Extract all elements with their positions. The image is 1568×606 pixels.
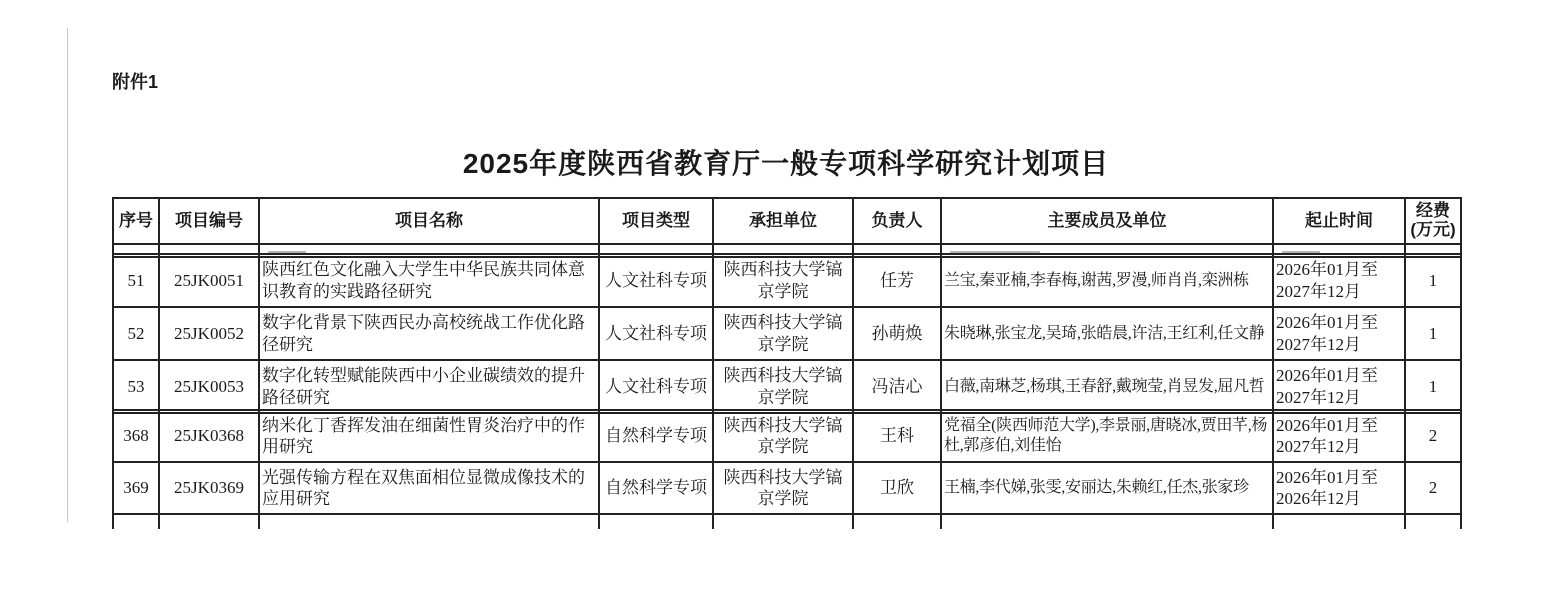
header-seq: 序号	[113, 198, 159, 244]
table-segment-header: 序号 项目编号 项目名称 项目类型 承担单位 负责人 主要成员及单位 起止时间 …	[112, 197, 1462, 258]
table-row: 53 25JK0053 数字化转型赋能陕西中小企业碳绩效的提升路径研究 人文社科…	[113, 360, 1461, 413]
header-code: 项目编号	[159, 198, 259, 244]
projects-table-rows-51-53: 51 25JK0051 陕西红色文化融入大学生中华民族共同体意识教育的实践路径研…	[112, 253, 1462, 414]
cell-seq: 369	[113, 462, 159, 514]
cell-leader: 任芳	[853, 254, 941, 307]
document-title: 2025年度陕西省教育厅一般专项科学研究计划项目	[112, 142, 1460, 182]
cell-fund: 2	[1405, 410, 1461, 462]
cell-unit: 陕西科技大学镐京学院	[713, 410, 853, 462]
page-edge-rule	[67, 28, 68, 522]
table-header-row: 序号 项目编号 项目名称 项目类型 承担单位 负责人 主要成员及单位 起止时间 …	[113, 198, 1461, 244]
cell-type: 自然科学专项	[599, 410, 713, 462]
cell-name: 纳米化丁香挥发油在细菌性胃炎治疗中的作用研究	[259, 410, 599, 462]
cell-code: 25JK0052	[159, 307, 259, 360]
cell-code: 25JK0053	[159, 360, 259, 413]
cell-members: 兰宝,秦亚楠,李春梅,谢茜,罗漫,师肖肖,栾洲栋	[941, 254, 1273, 307]
table-row: 368 25JK0368 纳米化丁香挥发油在细菌性胃炎治疗中的作用研究 自然科学…	[113, 410, 1461, 462]
cell-leader: 孙萌焕	[853, 307, 941, 360]
cell-fund: 1	[1405, 254, 1461, 307]
cell-name: 陕西红色文化融入大学生中华民族共同体意识教育的实践路径研究	[259, 254, 599, 307]
cell-name: 数字化背景下陕西民办高校统战工作优化路径研究	[259, 307, 599, 360]
cell-unit: 陕西科技大学镐京学院	[713, 254, 853, 307]
table-row: 52 25JK0052 数字化背景下陕西民办高校统战工作优化路径研究 人文社科专…	[113, 307, 1461, 360]
cell-seq: 53	[113, 360, 159, 413]
cell-members: 朱晓琳,张宝龙,吴琦,张皓晨,许洁,王红利,任文静	[941, 307, 1273, 360]
cell-leader: 卫欣	[853, 462, 941, 514]
cell-fund: 1	[1405, 360, 1461, 413]
header-fund: 经费 (万元)	[1405, 198, 1461, 244]
projects-table-rows-368-369: 368 25JK0368 纳米化丁香挥发油在细菌性胃炎治疗中的作用研究 自然科学…	[112, 409, 1462, 529]
cell-type: 自然科学专项	[599, 462, 713, 514]
projects-table-header: 序号 项目编号 项目名称 项目类型 承担单位 负责人 主要成员及单位 起止时间 …	[112, 197, 1462, 258]
header-leader: 负责人	[853, 198, 941, 244]
cell-seq: 52	[113, 307, 159, 360]
cell-period: 2026年01月至 2026年12月	[1273, 462, 1405, 514]
cell-period: 2026年01月至 2027年12月	[1273, 360, 1405, 413]
header-type: 项目类型	[599, 198, 713, 244]
cell-unit: 陕西科技大学镐京学院	[713, 462, 853, 514]
cell-members: 白薇,南琳芝,杨琪,王春舒,戴琬莹,肖昱发,屈凡哲	[941, 360, 1273, 413]
attachment-label: 附件1	[112, 68, 158, 94]
header-members: 主要成员及单位	[941, 198, 1273, 244]
header-name: 项目名称	[259, 198, 599, 244]
table-row: 369 25JK0369 光强传输方程在双焦面相位显微成像技术的应用研究 自然科…	[113, 462, 1461, 514]
cell-leader: 冯洁心	[853, 360, 941, 413]
table-row: 51 25JK0051 陕西红色文化融入大学生中华民族共同体意识教育的实践路径研…	[113, 254, 1461, 307]
header-period: 起止时间	[1273, 198, 1405, 244]
clipped-row	[113, 514, 1461, 529]
cell-period: 2026年01月至 2027年12月	[1273, 307, 1405, 360]
cell-members: 王楠,李代娣,张雯,安丽达,朱赖红,任杰,张家珍	[941, 462, 1273, 514]
cell-leader: 王科	[853, 410, 941, 462]
cell-members: 党福全(陕西师范大学),李景丽,唐晓冰,贾田芊,杨杜,郭彦伯,刘佳怡	[941, 410, 1273, 462]
table-segment-humanities: 51 25JK0051 陕西红色文化融入大学生中华民族共同体意识教育的实践路径研…	[112, 253, 1462, 414]
cell-seq: 368	[113, 410, 159, 462]
cell-type: 人文社科专项	[599, 360, 713, 413]
cell-fund: 1	[1405, 307, 1461, 360]
cell-code: 25JK0368	[159, 410, 259, 462]
cell-code: 25JK0051	[159, 254, 259, 307]
cell-type: 人文社科专项	[599, 307, 713, 360]
cell-unit: 陕西科技大学镐京学院	[713, 360, 853, 413]
cell-period: 2026年01月至 2027年12月	[1273, 254, 1405, 307]
cell-unit: 陕西科技大学镐京学院	[713, 307, 853, 360]
cell-seq: 51	[113, 254, 159, 307]
cell-fund: 2	[1405, 462, 1461, 514]
cell-name: 光强传输方程在双焦面相位显微成像技术的应用研究	[259, 462, 599, 514]
table-segment-science: 368 25JK0368 纳米化丁香挥发油在细菌性胃炎治疗中的作用研究 自然科学…	[112, 409, 1462, 529]
header-unit: 承担单位	[713, 198, 853, 244]
cell-code: 25JK0369	[159, 462, 259, 514]
cell-name: 数字化转型赋能陕西中小企业碳绩效的提升路径研究	[259, 360, 599, 413]
cell-type: 人文社科专项	[599, 254, 713, 307]
cell-period: 2026年01月至 2027年12月	[1273, 410, 1405, 462]
document-page: 附件1 2025年度陕西省教育厅一般专项科学研究计划项目 序号 项目编号 项目名…	[0, 0, 1568, 606]
